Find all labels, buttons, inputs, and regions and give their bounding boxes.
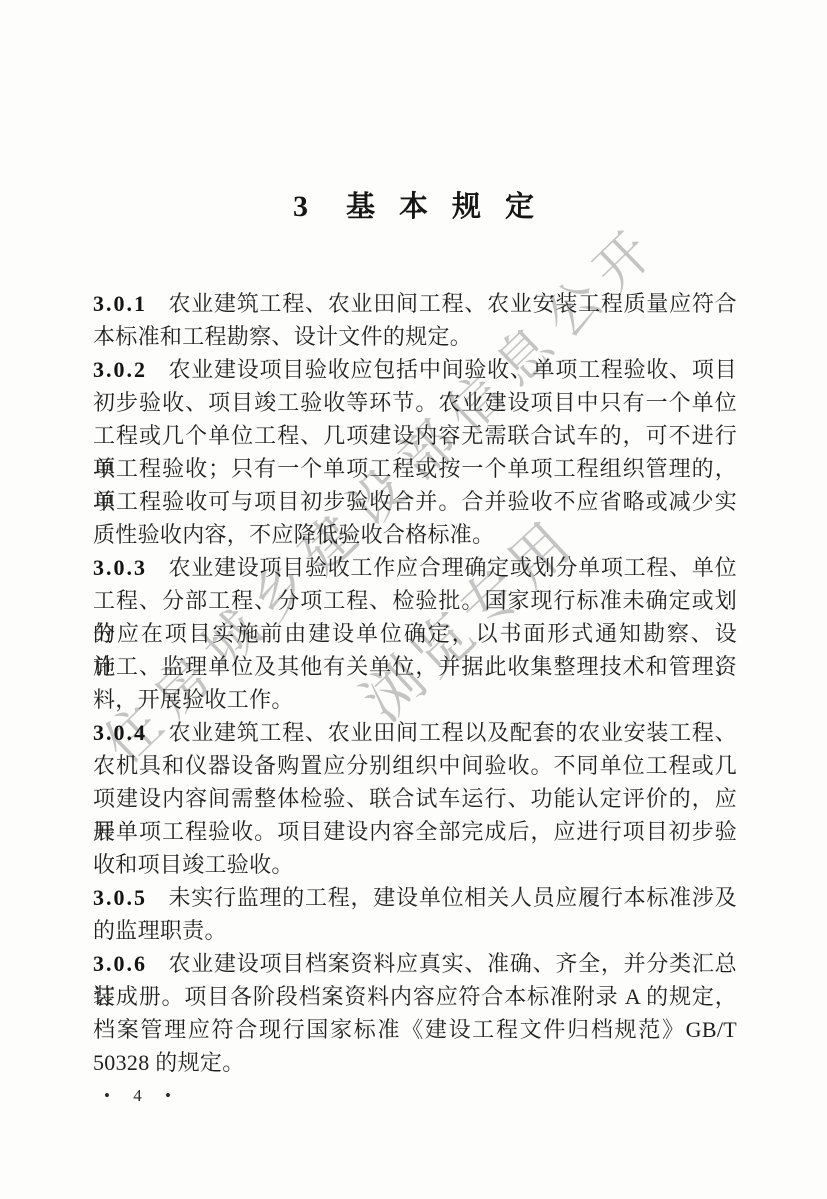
text-line: 工程或几个单位工程、几项建设内容无需联合试车的，可不进行单: [93, 419, 737, 452]
section-number: 3.0.1: [93, 291, 147, 316]
text-line: 3.0.1农业建筑工程、农业田间工程、农业安装工程质量应符合: [93, 287, 737, 320]
chapter-title: 3基本规定: [0, 184, 827, 225]
text-line: 项工程验收可与项目初步验收合并。合并验收不应省略或减少实: [93, 485, 737, 518]
text-line: 展单项工程验收。项目建设内容全部完成后，应进行项目初步验: [93, 815, 737, 848]
section-number: 3.0.6: [93, 951, 147, 976]
text-line: 施工、监理单位及其他有关单位，并据此收集整理技术和管理资: [93, 650, 737, 683]
text-line: 项建设内容间需整体检验、联合试车运行、功能认定评价的，应开: [93, 782, 737, 815]
text-line: 3.0.2农业建设项目验收应包括中间验收、单项工程验收、项目: [93, 353, 737, 386]
section-number: 3.0.3: [93, 555, 147, 580]
line-text: 农业建设项目验收应包括中间验收、单项工程验收、项目: [168, 357, 737, 382]
chapter-name: 基本规定: [346, 191, 558, 223]
page-number: • 4 •: [104, 1086, 178, 1106]
text-line: 订成册。项目各阶段档案资料内容应符合本标准附录 A 的规定，: [93, 980, 737, 1013]
text-line: 初步验收、项目竣工验收等环节。农业建设项目中只有一个单位: [93, 386, 737, 419]
text-line: 3.0.5未实行监理的工程，建设单位相关人员应履行本标准涉及: [93, 881, 737, 914]
body-text: 3.0.1农业建筑工程、农业田间工程、农业安装工程质量应符合 本标准和工程勘察、…: [93, 287, 737, 1079]
document-page: 住房城乡建设部信息公开 浏览专用 3基本规定 3.0.1农业建筑工程、农业田间工…: [0, 0, 827, 1199]
section-number: 3.0.2: [93, 357, 147, 382]
text-line: 的应在项目实施前由建设单位确定，以书面形式通知勘察、设计、: [93, 617, 737, 650]
line-text: 农业建筑工程、农业田间工程以及配套的农业安装工程、: [168, 720, 737, 745]
section-number: 3.0.5: [93, 885, 147, 910]
text-line: 3.0.6农业建设项目档案资料应真实、准确、齐全，并分类汇总装: [93, 947, 737, 980]
text-line: 农机具和仪器设备购置应分别组织中间验收。不同单位工程或几: [93, 749, 737, 782]
line-text: 农业建筑工程、农业田间工程、农业安装工程质量应符合: [168, 291, 737, 316]
text-line: 本标准和工程勘察、设计文件的规定。: [93, 320, 737, 353]
section-number: 3.0.4: [93, 720, 147, 745]
text-line: 项工程验收；只有一个单项工程或按一个单项工程组织管理的，单: [93, 452, 737, 485]
text-line: 工程、分部工程、分项工程、检验批。国家现行标准未确定或划分: [93, 584, 737, 617]
text-line: 料，开展验收工作。: [93, 683, 737, 716]
text-line: 3.0.4农业建筑工程、农业田间工程以及配套的农业安装工程、: [93, 716, 737, 749]
chapter-number: 3: [293, 190, 308, 223]
text-line: 质性验收内容，不应降低验收合格标准。: [93, 518, 737, 551]
line-text: 未实行监理的工程，建设单位相关人员应履行本标准涉及: [168, 885, 737, 910]
text-line: 3.0.3农业建设项目验收工作应合理确定或划分单项工程、单位: [93, 551, 737, 584]
text-line: 档案管理应符合现行国家标准《建设工程文件归档规范》GB/T: [93, 1013, 737, 1046]
text-line: 收和项目竣工验收。: [93, 848, 737, 881]
line-text: 农业建设项目验收工作应合理确定或划分单项工程、单位: [168, 555, 737, 580]
text-line: 50328 的规定。: [93, 1046, 737, 1079]
text-line: 的监理职责。: [93, 914, 737, 947]
